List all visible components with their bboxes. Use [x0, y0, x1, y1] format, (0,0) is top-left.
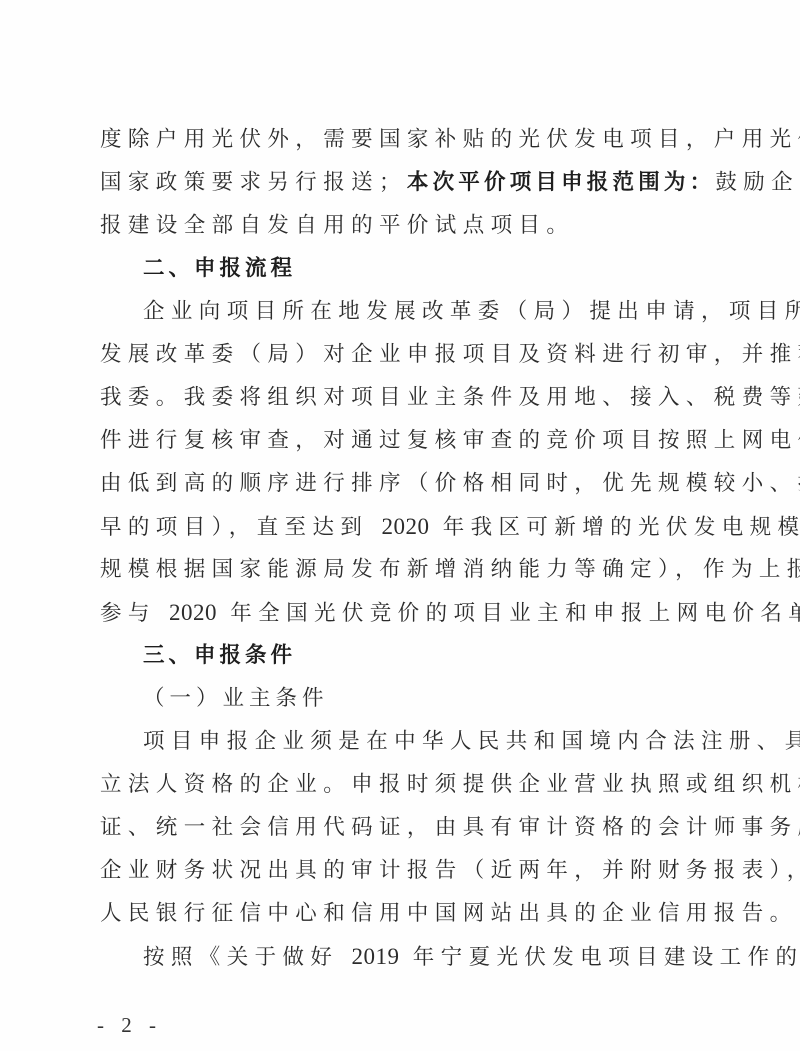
text-segment: 年我区可新增的光伏发电规模（具体: [430, 515, 800, 540]
text-segment: 企业财务状况出具的审计报告（近两年，并附财务报表），中国: [100, 858, 800, 883]
text-segment: 企业向项目所在地发展改革委（局）提出申请，项目所在地: [143, 299, 800, 324]
text-segment: 由低到高的顺序进行排序（价格相同时，优先规模较小、投产较: [100, 471, 800, 496]
paragraph-line: 度除户用光伏外，需要国家补贴的光伏发电项目，户用光伏按照: [100, 118, 700, 161]
text-segment: 报建设全部自发自用的平价试点项目。: [100, 213, 574, 238]
paragraph-line: 按照《关于做好 2019 年宁夏光伏发电项目建设工作的通知》: [100, 935, 700, 978]
paragraph-line: 参与 2020 年全国光伏竞价的项目业主和申报上网电价名单。: [100, 591, 700, 634]
text-segment: （一）业主条件: [143, 686, 329, 711]
text-segment: 发展改革委（局）对企业申报项目及资料进行初审，并推荐上报: [100, 342, 800, 367]
number-text: 2019: [352, 944, 400, 969]
paragraph-line: 项目申报企业须是在中华人民共和国境内合法注册、具有独: [100, 720, 700, 763]
text-segment: 项目申报企业须是在中华人民共和国境内合法注册、具有独: [143, 729, 800, 754]
section-heading: 二、申报流程: [100, 247, 700, 290]
paragraph-line: 规模根据国家能源局发布新增消纳能力等确定），作为上报国家: [100, 548, 700, 591]
text-segment: 年宁夏光伏发电项目建设工作的通知》: [400, 945, 800, 970]
paragraph-line: 报建设全部自发自用的平价试点项目。: [100, 204, 700, 247]
section-heading: 三、申报条件: [100, 634, 700, 677]
paragraph-line: 企业财务状况出具的审计报告（近两年，并附财务报表），中国: [100, 849, 700, 892]
text-segment: 鼓励企业申: [715, 170, 800, 195]
text-segment: 我委。我委将组织对项目业主条件及用地、接入、税费等建设条: [100, 385, 800, 410]
text-segment: 人民银行征信中心和信用中国网站出具的企业信用报告。: [100, 901, 798, 926]
paragraph-line: 企业向项目所在地发展改革委（局）提出申请，项目所在地: [100, 290, 700, 333]
text-segment: 件进行复核审查，对通过复核审查的竞价项目按照上网电价报价: [100, 428, 800, 453]
text-segment: 规模根据国家能源局发布新增消纳能力等确定），作为上报国家: [100, 557, 800, 582]
paragraph-line: 人民银行征信中心和信用中国网站出具的企业信用报告。: [100, 892, 700, 935]
text-segment: 度除户用光伏外，需要国家补贴的光伏发电项目，户用光伏按照: [100, 127, 800, 152]
paragraph-line: 我委。我委将组织对项目业主条件及用地、接入、税费等建设条: [100, 376, 700, 419]
number-text: 2020: [169, 600, 217, 625]
text-segment: 立法人资格的企业。申报时须提供企业营业执照或组织机构代码: [100, 772, 800, 797]
paragraph-line: 件进行复核审查，对通过复核审查的竞价项目按照上网电价报价: [100, 419, 700, 462]
paragraph-line: 发展改革委（局）对企业申报项目及资料进行初审，并推荐上报: [100, 333, 700, 376]
text-segment: 证、统一社会信用代码证，由具有审计资格的会计师事务所针对: [100, 815, 800, 840]
page-number: - 2 -: [97, 1013, 162, 1038]
subsection-heading: （一）业主条件: [100, 677, 700, 720]
text-segment: 参与: [100, 601, 169, 626]
text-segment: 早的项目），直至达到: [100, 515, 382, 540]
paragraph-line: 早的项目），直至达到 2020 年我区可新增的光伏发电规模（具体: [100, 505, 700, 548]
text-segment: 按照《关于做好: [143, 945, 352, 970]
paragraph-line: 由低到高的顺序进行排序（价格相同时，优先规模较小、投产较: [100, 462, 700, 505]
document-body: 度除户用光伏外，需要国家补贴的光伏发电项目，户用光伏按照国家政策要求另行报送；本…: [100, 118, 700, 978]
bold-text: 本次平价项目申报范围为：: [407, 170, 715, 195]
document-page: 度除户用光伏外，需要国家补贴的光伏发电项目，户用光伏按照国家政策要求另行报送；本…: [0, 0, 800, 1051]
number-text: 2020: [382, 514, 430, 539]
paragraph-line: 国家政策要求另行报送；本次平价项目申报范围为：鼓励企业申: [100, 161, 700, 204]
text-segment: 年全国光伏竞价的项目业主和申报上网电价名单。: [217, 601, 800, 626]
paragraph-line: 证、统一社会信用代码证，由具有审计资格的会计师事务所针对: [100, 806, 700, 849]
text-segment: 三、申报条件: [143, 643, 296, 668]
text-segment: 二、申报流程: [143, 256, 296, 281]
text-segment: 国家政策要求另行报送；: [100, 170, 407, 195]
paragraph-line: 立法人资格的企业。申报时须提供企业营业执照或组织机构代码: [100, 763, 700, 806]
